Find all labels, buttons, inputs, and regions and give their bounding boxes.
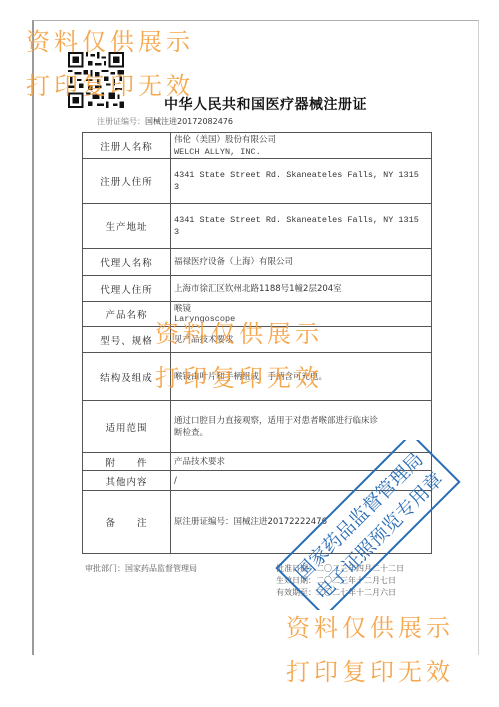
value-line: 3 — [174, 181, 431, 193]
row-value: 伟伦（美国）股份有限公司WELCH ALLYN, INC. — [171, 133, 432, 159]
table-row: 备 注 原注册证编号：国械注进20172222476 — [83, 491, 432, 554]
table-row: 注册人名称 伟伦（美国）股份有限公司WELCH ALLYN, INC. — [83, 133, 432, 159]
certificate-title: 中华人民共和国医疗器械注册证 — [164, 94, 367, 114]
table-row: 适用范围 通过口腔目力直接观察，适用于对患者喉部进行临床诊断检查。 — [83, 401, 432, 453]
row-label: 注册人住所 — [83, 159, 171, 204]
value-line: / — [174, 475, 431, 487]
row-label: 注册人名称 — [83, 133, 171, 159]
row-value: 4341 State Street Rd. Skaneateles Falls,… — [171, 204, 432, 249]
table-row: 其他内容 / — [83, 471, 432, 491]
row-value: 见产品技术要求 — [171, 327, 432, 353]
qr-code-icon — [68, 52, 124, 108]
table-row: 代理人名称 福禄医疗设备（上海）有限公司 — [83, 249, 432, 276]
row-value: 喉镜由叶片和手柄组成，手柄含可充电。 — [171, 353, 432, 401]
row-value: 喉镜Laryngoscope — [171, 302, 432, 327]
certificate-table: 注册人名称 伟伦（美国）股份有限公司WELCH ALLYN, INC. 注册人住… — [82, 132, 432, 554]
value-line: 产品技术要求 — [174, 456, 431, 468]
row-value: 原注册证编号：国械注进20172222476 — [171, 491, 432, 554]
value-line: 原注册证编号：国械注进20172222476 — [174, 516, 431, 528]
registration-number-value: 国械注进20172082476 — [145, 117, 233, 126]
effective-date: 生效日期：二〇二三年十二月七日 — [276, 575, 404, 587]
row-label: 型号、规格 — [83, 327, 171, 353]
row-value: 福禄医疗设备（上海）有限公司 — [171, 249, 432, 276]
row-value: 通过口腔目力直接观察，适用于对患者喉部进行临床诊断检查。 — [171, 401, 432, 453]
row-value: / — [171, 471, 432, 491]
table-row: 结构及组成 喉镜由叶片和手柄组成，手柄含可充电。 — [83, 353, 432, 401]
table-row: 附 件 产品技术要求 — [83, 453, 432, 471]
row-label: 备 注 — [83, 491, 171, 554]
value-line: Laryngoscope — [174, 314, 431, 324]
approval-department: 审批部门：国家药品监督管理局 — [85, 563, 197, 574]
row-label: 生产地址 — [83, 204, 171, 249]
value-line: 通过口腔目力直接观察，适用于对患者喉部进行临床诊 — [174, 415, 431, 427]
value-line: 3 — [174, 226, 431, 238]
row-label: 适用范围 — [83, 401, 171, 453]
row-label: 代理人住所 — [83, 276, 171, 302]
row-label: 附 件 — [83, 453, 171, 471]
table-row: 注册人住所 4341 State Street Rd. Skaneateles … — [83, 159, 432, 204]
approval-date: 批准日期：二〇二三年四月二十二日 — [276, 563, 404, 575]
value-line: 见产品技术要求 — [174, 334, 431, 346]
row-label: 结构及组成 — [83, 353, 171, 401]
row-label: 代理人名称 — [83, 249, 171, 276]
validity-dates: 批准日期：二〇二三年四月二十二日 生效日期：二〇二三年十二月七日 有效期至：二〇… — [276, 563, 404, 599]
value-line: 喉镜 — [174, 304, 431, 314]
table-row: 代理人住所 上海市徐汇区钦州北路1188号1幢2层204室 — [83, 276, 432, 302]
registration-number: 注册证编号：国械注进20172082476 — [97, 116, 233, 127]
row-label: 其他内容 — [83, 471, 171, 491]
value-line: 上海市徐汇区钦州北路1188号1幢2层204室 — [174, 283, 431, 295]
table-row: 型号、规格 见产品技术要求 — [83, 327, 432, 353]
row-value: 4341 State Street Rd. Skaneateles Falls,… — [171, 159, 432, 204]
expiry-date: 有效期至：二〇二七年十二月六日 — [276, 587, 404, 599]
value-line: 伟伦（美国）股份有限公司 — [174, 134, 431, 146]
value-line: 4341 State Street Rd. Skaneateles Falls,… — [174, 214, 431, 226]
watermark-no-copy: 打印复印无效 — [286, 652, 454, 687]
row-value: 产品技术要求 — [171, 453, 432, 471]
table-row: 产品名称 喉镜Laryngoscope — [83, 302, 432, 327]
registration-number-label: 注册证编号： — [97, 117, 145, 126]
value-line: 断检查。 — [174, 427, 431, 439]
row-label: 产品名称 — [83, 302, 171, 327]
table-row: 生产地址 4341 State Street Rd. Skaneateles F… — [83, 204, 432, 249]
value-line: 福禄医疗设备（上海）有限公司 — [174, 256, 431, 268]
value-line: 喉镜由叶片和手柄组成，手柄含可充电。 — [174, 371, 431, 383]
row-value: 上海市徐汇区钦州北路1188号1幢2层204室 — [171, 276, 432, 302]
value-line: WELCH ALLYN, INC. — [174, 146, 431, 158]
value-line: 4341 State Street Rd. Skaneateles Falls,… — [174, 169, 431, 181]
